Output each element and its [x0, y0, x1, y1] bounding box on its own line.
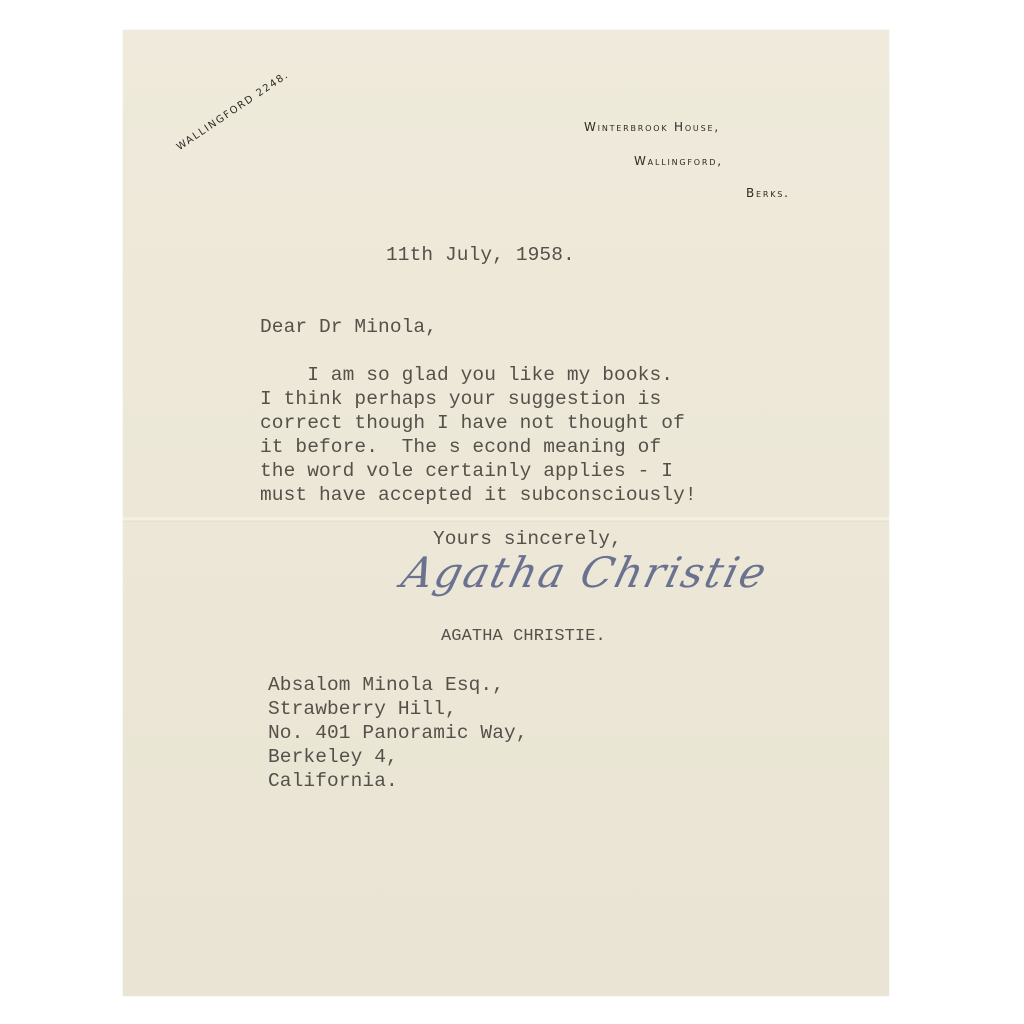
handwritten-signature: Agatha Christie [397, 548, 773, 597]
letterhead-address-line-3: Berks. [746, 186, 790, 200]
recipient-line: Berkeley 4, [268, 745, 398, 769]
recipient-line: Absalom Minola Esq., [268, 673, 504, 697]
recipient-line: Strawberry Hill, [268, 697, 457, 721]
body-line: I am so glad you like my books. [260, 363, 673, 387]
body-line: correct though I have not thought of [260, 411, 685, 435]
fold-crease [123, 516, 889, 522]
letter-paper: WALLINGFORD 2248. Winterbrook House, Wal… [123, 30, 889, 996]
recipient-line: California. [268, 769, 398, 793]
letter-salutation: Dear Dr Minola, [260, 315, 437, 339]
letterhead-address-line-2: Wallingford, [634, 154, 723, 168]
body-line: the word vole certainly applies - I [260, 459, 673, 483]
letterhead-phone: WALLINGFORD 2248. [175, 70, 291, 153]
typed-name: AGATHA CHRISTIE. [441, 625, 606, 649]
letterhead-address-line-1: Winterbrook House, [584, 120, 720, 134]
body-line: must have accepted it subconsciously! [260, 483, 697, 507]
body-line: it before. The s econd meaning of [260, 435, 661, 459]
letter-date: 11th July, 1958. [386, 243, 575, 267]
recipient-line: No. 401 Panoramic Way, [268, 721, 528, 745]
body-line: I think perhaps your suggestion is [260, 387, 661, 411]
